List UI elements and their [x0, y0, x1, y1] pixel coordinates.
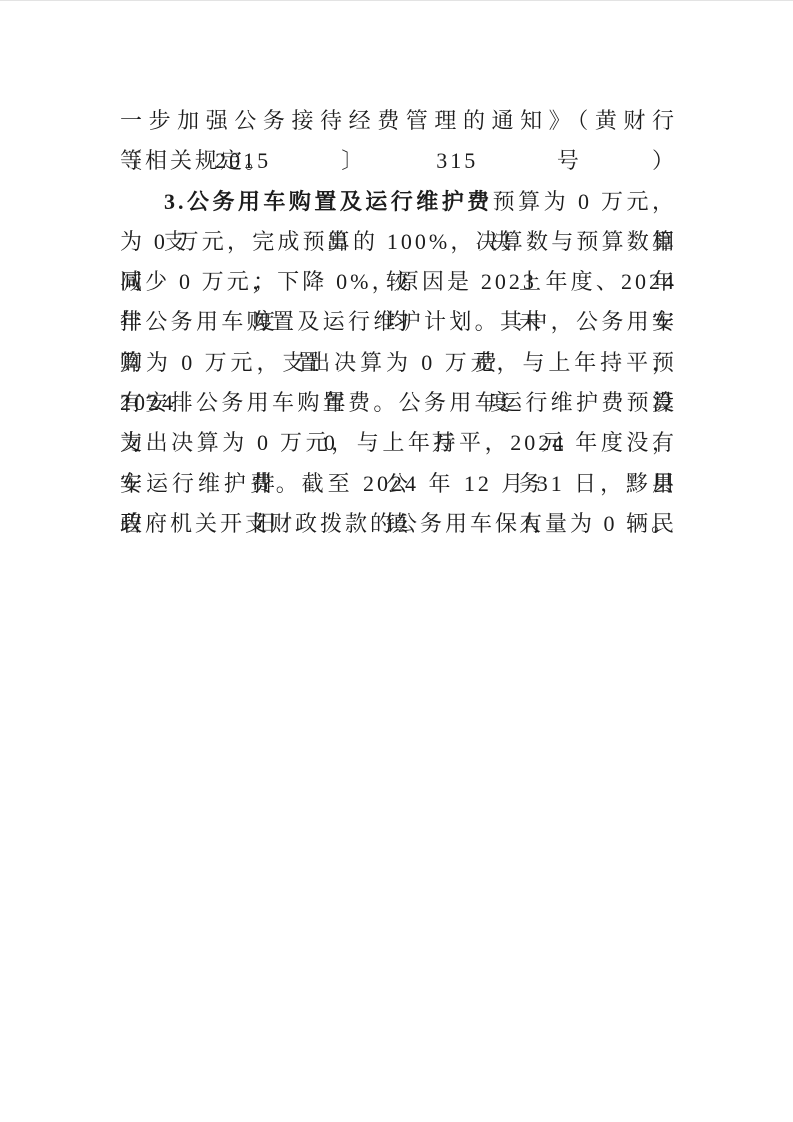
paragraph-2-line-7: 支出决算为 0 万元，与上年持平，2024 年度没有安排公务用 [120, 423, 677, 463]
document-body: 一步加强公务接待经费管理的通知》（黄财行〔2015〕315 号） 等相关规定。 … [120, 101, 677, 544]
paragraph-2-line-4: 排公务用车购置及运行维护计划。其中，公务用车购置费预 [120, 302, 677, 342]
paragraph-1-line-1: 一步加强公务接待经费管理的通知》（黄财行〔2015〕315 号） [120, 101, 677, 141]
paragraph-2-line-3: 减少 0 万元，下降 0%，原因是 2023 年度、2024 年度均未安 [120, 262, 677, 302]
paragraph-2-line-6: 有安排公务用车购置费。公务用车运行维护费预算为 0 万元， [120, 383, 677, 423]
paragraph-2-line-2: 为 0 万元，完成预算的 100%，决算数与预算数相同；较上年 [120, 222, 677, 262]
paragraph-2-line-5: 算为 0 万元，支出决算为 0 万元，与上年持平，2024 年度没 [120, 343, 677, 383]
page-top-edge [0, 0, 793, 1]
paragraph-2-line-1: 3.公务用车购置及运行维护费预算为 0 万元，支出决算 [120, 182, 677, 222]
paragraph-2-line-8: 车运行维护费。截至 2024 年 12 月 31 日，黟县碧阳镇人民 [120, 464, 677, 504]
paragraph-2-line-9: 政府机关开支财政拨款的公务用车保有量为 0 辆。 [120, 504, 677, 544]
document-page: 一步加强公务接待经费管理的通知》（黄财行〔2015〕315 号） 等相关规定。 … [0, 0, 793, 1122]
bold-item-heading: 3.公务用车购置及运行维护费 [164, 189, 493, 214]
